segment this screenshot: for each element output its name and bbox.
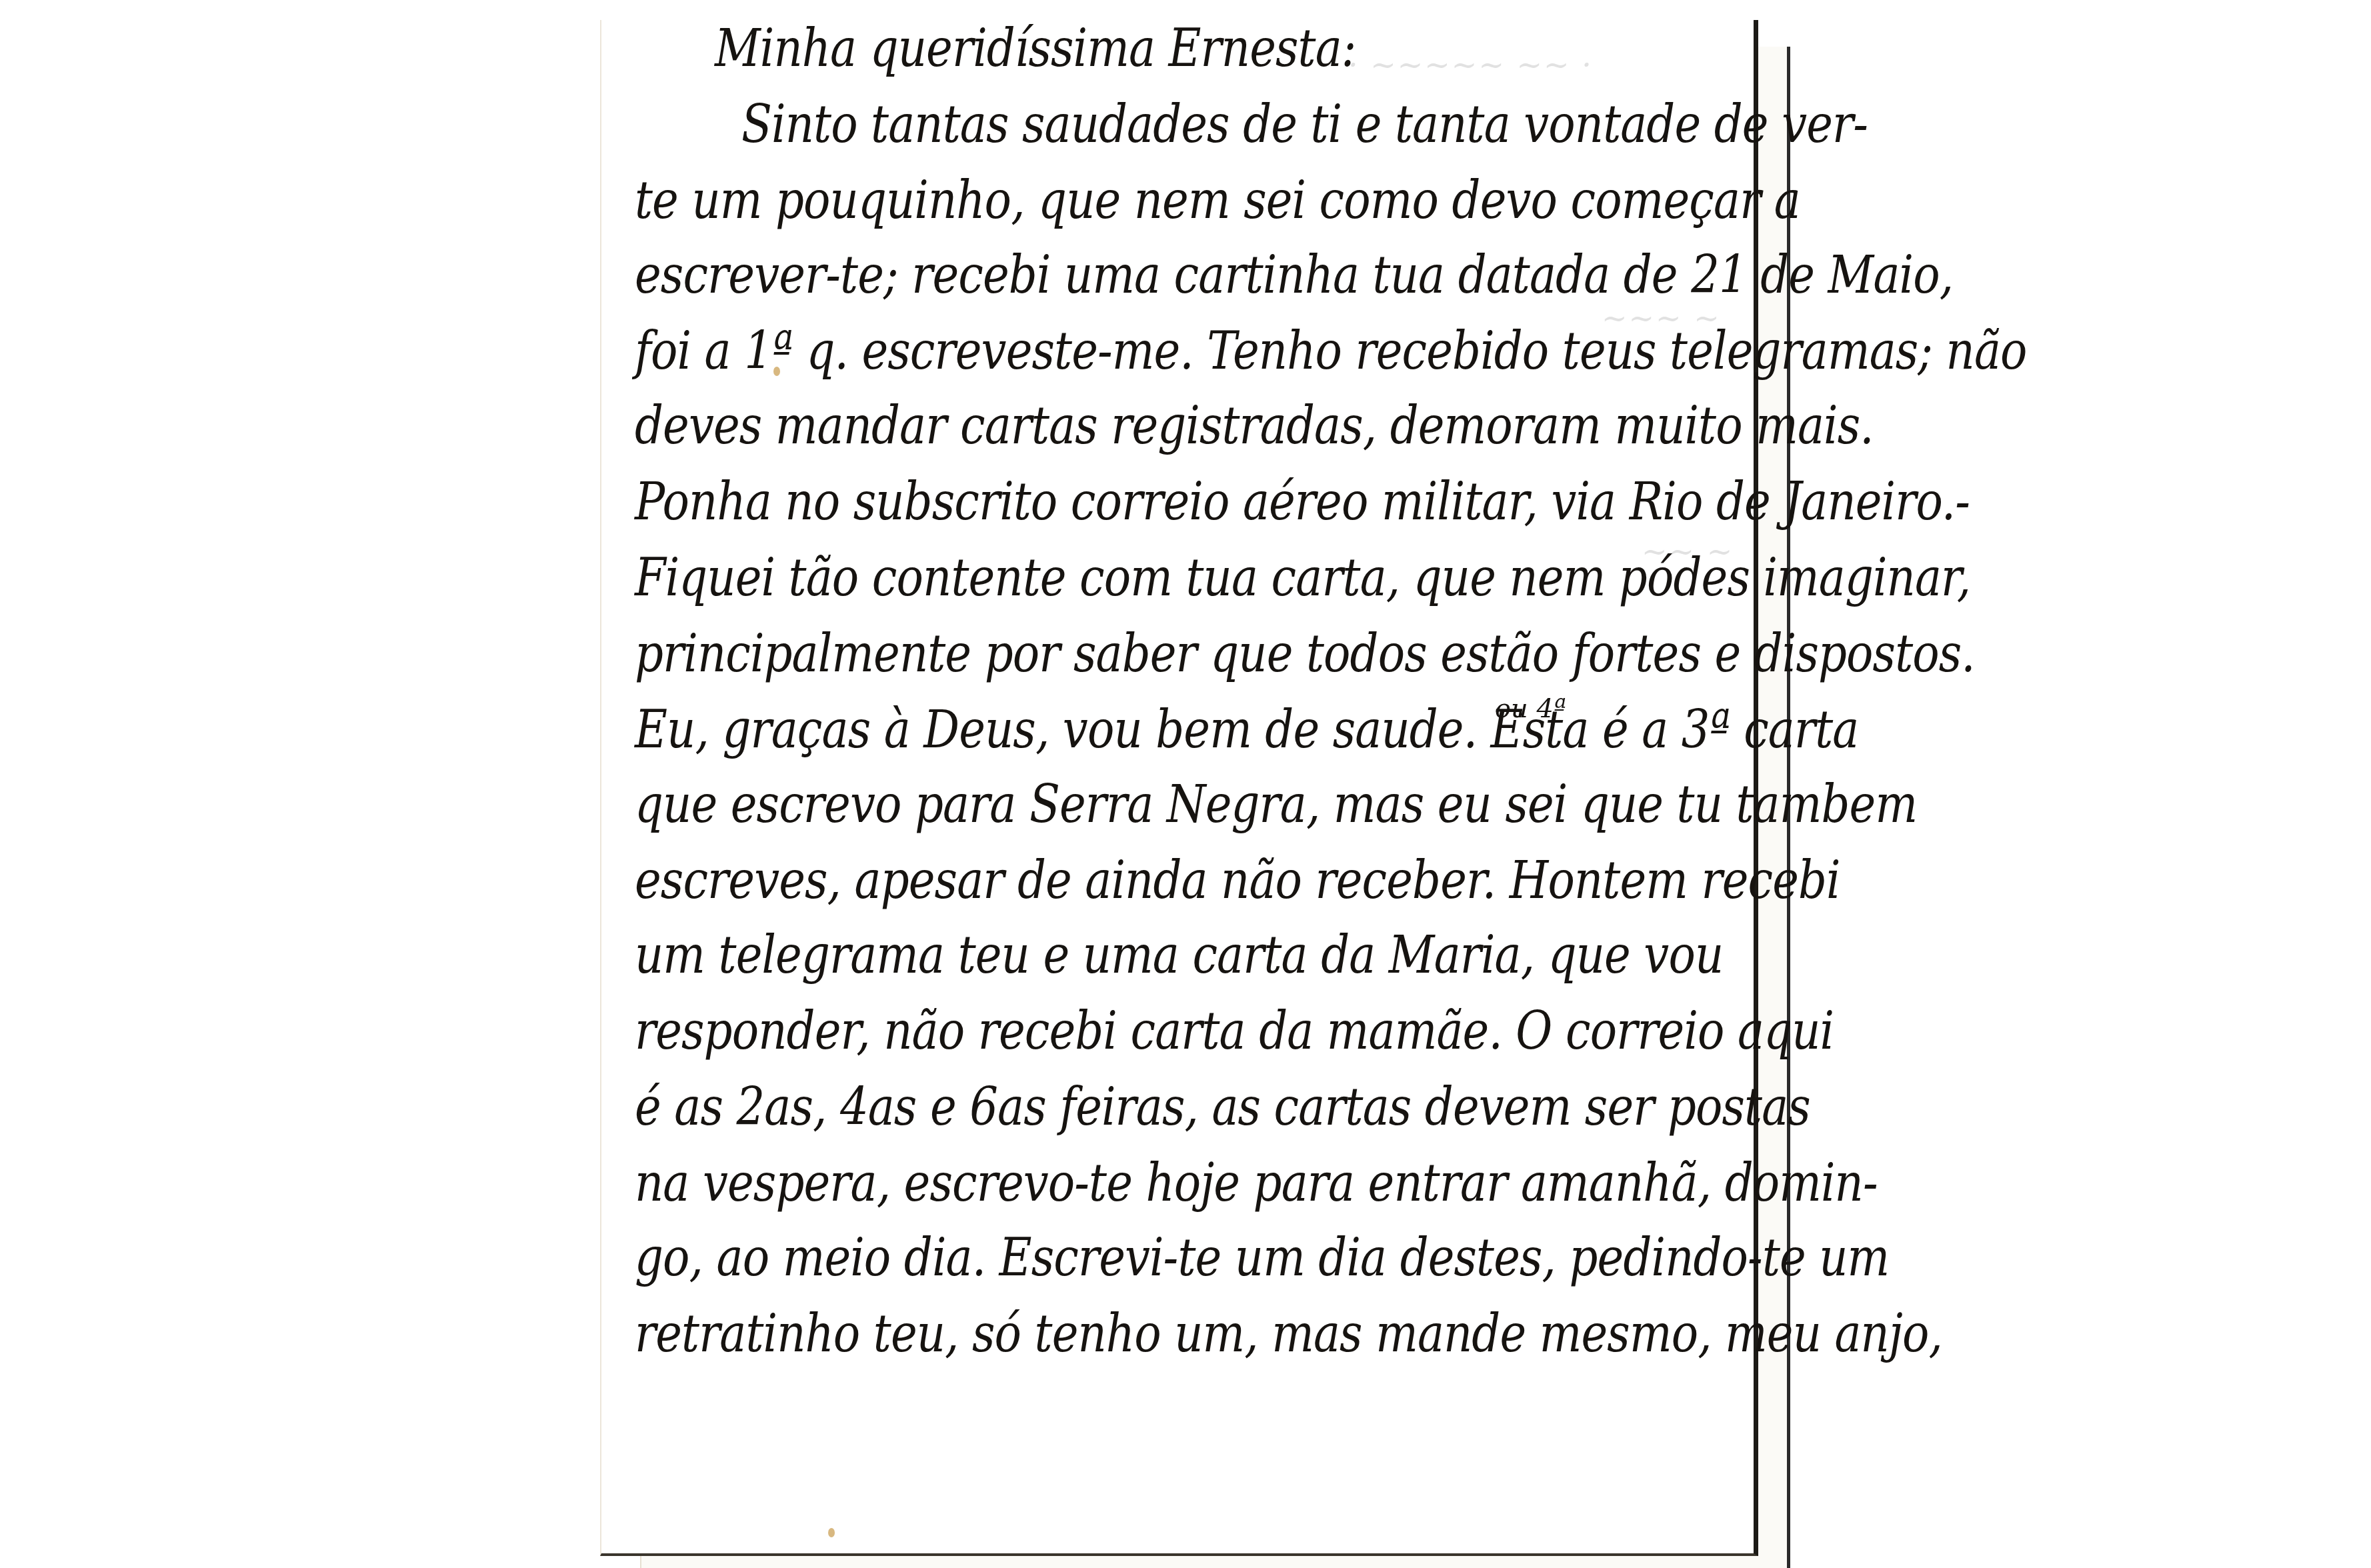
letter-line: deves mandar cartas registradas, demoram… [635,396,1597,456]
letter-line: na vespera, escrevo-te hoje para entrar … [635,1153,1597,1213]
letter-line: que escrevo para Serra Negra, mas eu sei… [635,775,1597,835]
letter-line: Fiquei tão contente com tua carta, que n… [635,548,1597,608]
letter-line: é as 2as, 4as e 6as feiras, as cartas de… [635,1077,1597,1137]
letter-line: retratinho teu, só tenho um, mas mande m… [635,1304,1597,1364]
ink-stain [828,1528,835,1537]
letter-line: escrever-te; recebi uma cartinha tua dat… [635,245,1597,305]
letter-line: te um pouquinho, que nem sei como devo c… [635,171,1597,231]
letter-line: Ponha no subscrito correio aéreo militar… [635,472,1597,532]
inserted-correction: ou 4ª [1495,693,1566,724]
letter-salutation: Minha queridíssima Ernesta: [715,19,1608,79]
letter-line: um telegrama teu e uma carta da Maria, q… [635,925,1597,985]
letter-line: foi a 1ª q. escreveste-me. Tenho recebid… [635,321,1597,381]
letter-line: go, ao meio dia. Escrevi-te um dia deste… [635,1228,1597,1288]
letter-line: Eu, graças à Deus, vou bem de saude. Est… [635,700,1597,760]
letter-line: responder, não recebi carta da mamãe. O … [635,1001,1597,1061]
letter-line: principalmente por saber que todos estão… [635,624,1597,684]
letter-page: · ~~~~~ ~~ · ~~~ ~ ~~ ~ Minha queridíssi… [600,20,1758,1556]
letter-line: Sinto tantas saudades de ti e tanta vont… [741,95,1612,155]
letter-line: escreves, apesar de ainda não receber. H… [635,851,1597,911]
